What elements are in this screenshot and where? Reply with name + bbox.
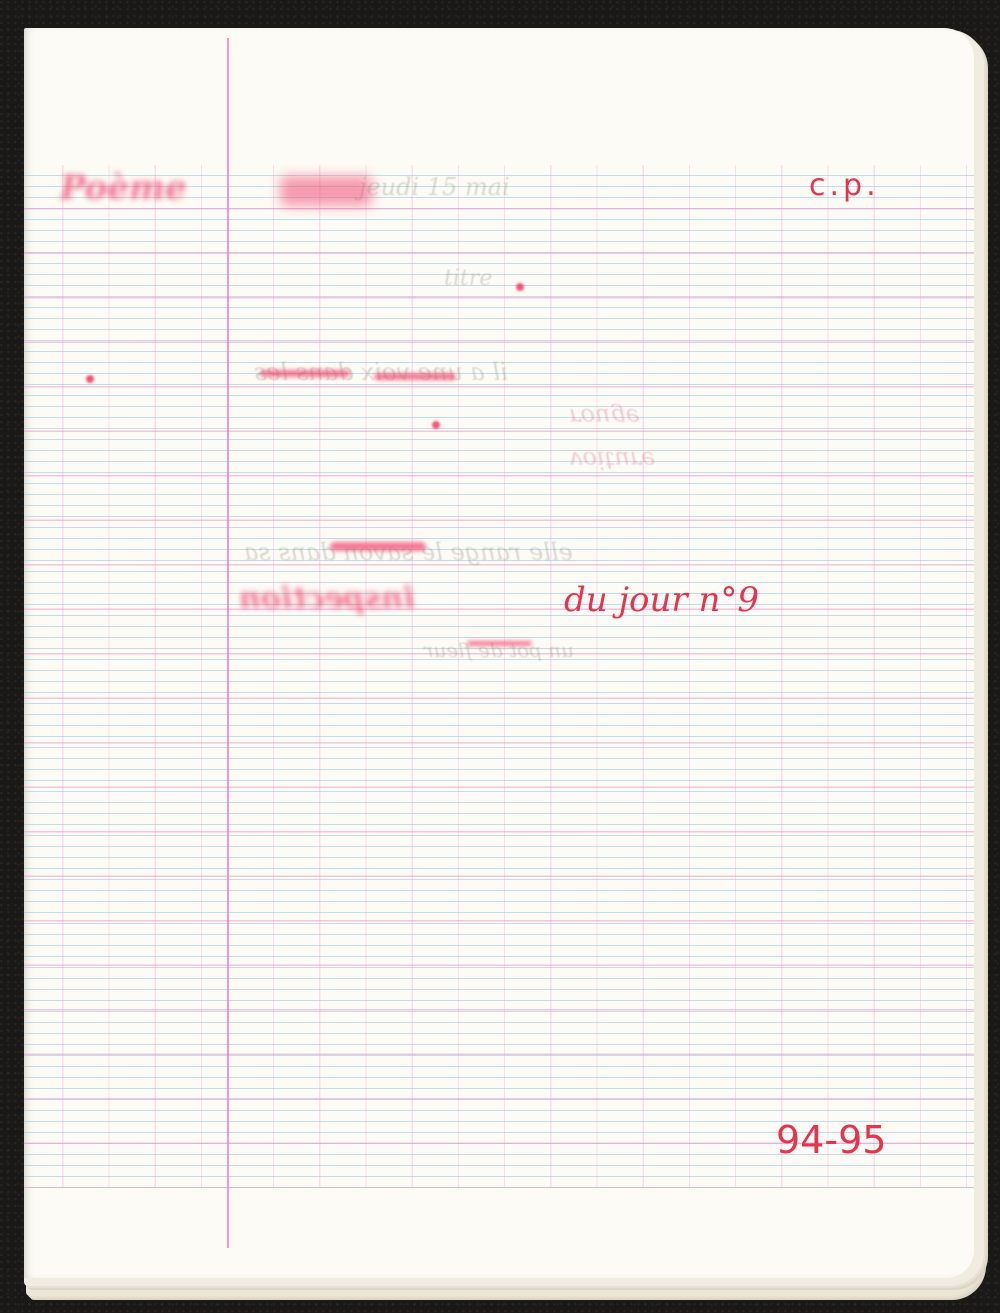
show-through-date: jeudi 15 mai <box>359 173 510 201</box>
show-through-title: titre <box>444 266 492 291</box>
class-label: c.p. <box>809 168 880 203</box>
title-line: du jour n°9 <box>564 580 759 620</box>
title-blurred: Poème <box>60 168 187 208</box>
ink-dot <box>432 421 440 429</box>
notebook-page: jeudi 15 mai titre il a une voix dans le… <box>24 28 974 1278</box>
show-through-word: rouge <box>569 403 640 431</box>
ink-strike <box>374 373 456 380</box>
struck-word-blurred: inspection <box>239 581 415 616</box>
show-through-word: voiture <box>569 446 655 474</box>
ink-dot <box>516 283 524 291</box>
redacted-name <box>280 176 372 206</box>
ink-stroke <box>467 641 532 646</box>
margin-line <box>227 38 229 1248</box>
ink-strike <box>330 542 426 551</box>
school-year: 94-95 <box>776 1118 886 1162</box>
seyes-ruling <box>24 165 974 1188</box>
ink-strike <box>260 370 350 377</box>
ink-dot <box>86 375 94 383</box>
